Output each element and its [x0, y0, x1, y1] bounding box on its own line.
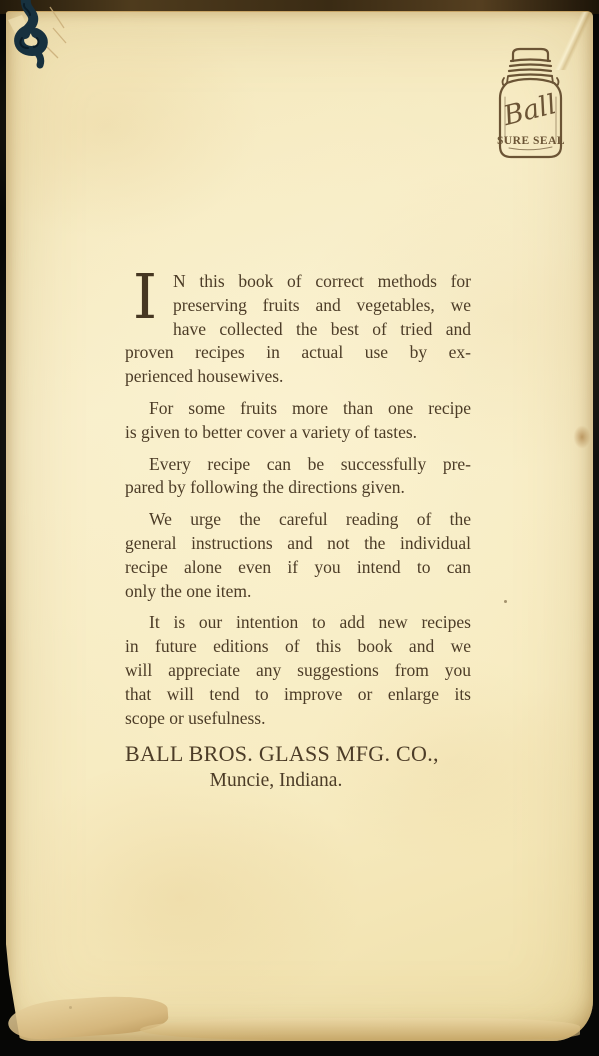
ink-speck	[69, 1006, 72, 1009]
paragraph-suggestions: It is our intention to add new recipes i…	[125, 611, 471, 730]
text-line: will appreciate any suggestions from you	[125, 659, 471, 683]
page-text-block: I N this book of correct methods for pre…	[125, 270, 471, 793]
text-line: preserving fruits and vegetables, we	[125, 294, 471, 318]
text-line: It is our intention to add new recipes	[125, 611, 471, 635]
text-line: that will tend to improve or enlarge its	[125, 683, 471, 707]
text-line: Every recipe can be successfully pre-	[125, 453, 471, 477]
text-line: We urge the careful reading of the	[125, 508, 471, 532]
signature-block: BALL BROS. GLASS MFG. CO., Muncie, India…	[125, 742, 427, 793]
ball-jar-stamp-icon: Ball SURE SEAL	[492, 45, 570, 165]
text-line: For some fruits more than one recipe	[125, 397, 471, 421]
ink-speck	[504, 600, 507, 603]
paragraph-variety: For some fruits more than one recipe is …	[125, 397, 471, 445]
text-line: N this book of correct methods for	[125, 270, 471, 294]
paragraph-instructions: We urge the careful reading of the gener…	[125, 508, 471, 603]
paragraph-directions: Every recipe can be successfully pre- pa…	[125, 453, 471, 501]
text-line: is given to better cover a variety of ta…	[125, 421, 471, 445]
text-line: proven recipes in actual use by ex-	[125, 341, 471, 365]
drop-cap-initial: I	[122, 272, 168, 318]
company-name: BALL BROS. GLASS MFG. CO.,	[125, 742, 427, 766]
binding-thread-icon	[4, 0, 70, 72]
company-location: Muncie, Indiana.	[125, 769, 427, 793]
scanned-book-page: Ball SURE SEAL I N this book of correct …	[0, 0, 599, 1056]
text-line: in future editions of this book and we	[125, 635, 471, 659]
text-line: scope or usefulness.	[125, 707, 471, 731]
text-line: perienced housewives.	[125, 365, 471, 389]
text-line: pared by following the directions given.	[125, 476, 471, 500]
jar-seal-text: SURE SEAL	[497, 135, 565, 147]
text-line: have collected the best of tried and	[125, 318, 471, 342]
jar-script-text: Ball	[499, 89, 559, 132]
paragraph-intro: I N this book of correct methods for pre…	[125, 270, 471, 389]
text-line: only the one item.	[125, 580, 471, 604]
text-line: general instructions and not the individ…	[125, 532, 471, 556]
text-line: recipe alone even if you intend to can	[125, 556, 471, 580]
